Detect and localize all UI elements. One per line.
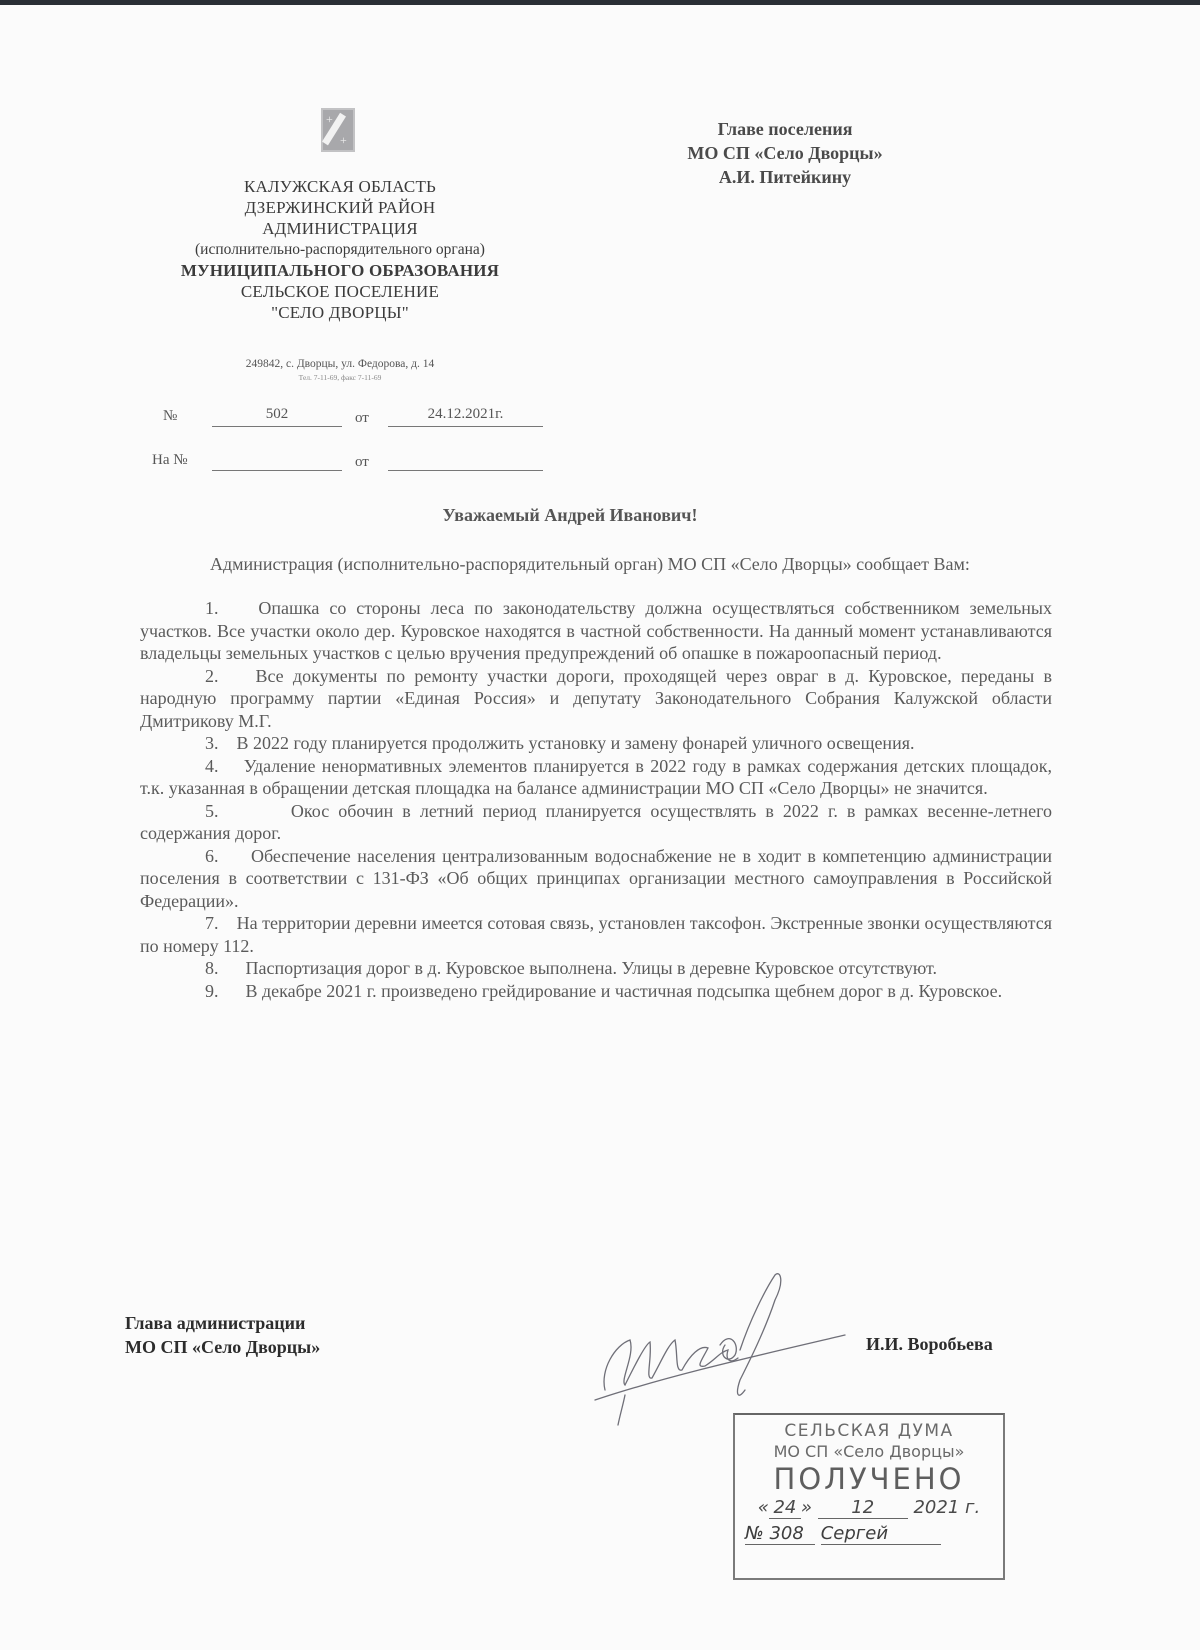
item-number: 9. — [205, 981, 219, 1001]
letterhead-organ: (исполнительно-распорядительного органа) — [130, 239, 550, 260]
item-text: Окос обочин в летний период планируется … — [140, 801, 1052, 844]
item-number: 8. — [205, 958, 219, 978]
item-text: Паспортизация дорог в д. Куровское выпол… — [246, 958, 938, 978]
list-item: 6. Обеспечение населения централизованны… — [140, 845, 1052, 913]
addressee-name: А.И. Питейкину — [640, 165, 930, 189]
list-item: 2. Все документы по ремонту участки доро… — [140, 665, 1052, 733]
signer-position-line1: Глава администрации — [125, 1311, 320, 1335]
list-item: 7. На территории деревни имеется сотовая… — [140, 912, 1052, 957]
item-number: 4. — [205, 756, 219, 776]
letterhead-village: "СЕЛО ДВОРЦЫ" — [130, 302, 550, 323]
stamp-month: 12 — [818, 1497, 908, 1519]
addressee-organization: МО СП «Село Дворцы» — [640, 141, 930, 165]
cross-icon: + — [340, 134, 347, 146]
stamp-registration: № 308 Сергей — [735, 1523, 1003, 1545]
item-text: Все документы по ремонту участки дороги,… — [140, 666, 1052, 731]
stamp-line2: МО СП «Село Дворцы» — [735, 1442, 1003, 1461]
item-text: Удаление ненормативных элементов планиру… — [140, 756, 1052, 799]
stamp-day: 24 — [769, 1497, 801, 1519]
reply-date-label: от — [355, 454, 369, 471]
salutation: Уважаемый Андрей Иванович! — [130, 505, 1010, 526]
stamp-line1: СЕЛЬСКАЯ ДУМА — [735, 1421, 1003, 1441]
addressee-position: Главе поселения — [640, 117, 930, 141]
handwritten-signature-icon — [590, 1260, 890, 1435]
item-text: В декабре 2021 г. произведено грейдирова… — [246, 981, 1003, 1001]
stamp-year-unit: г. — [965, 1497, 980, 1518]
stamp-date: «24» 12 2021 г. — [735, 1497, 1003, 1519]
cross-icon: + — [326, 113, 333, 125]
list-item: 3. В 2022 году планируется продолжить ус… — [140, 732, 1052, 755]
item-text: Обеспечение населения централизованным в… — [140, 846, 1052, 911]
signer-position: Глава администрации МО СП «Село Дворцы» — [125, 1311, 320, 1359]
stamp-year-prefix: 202 — [913, 1497, 947, 1518]
letterhead-settlement: СЕЛЬСКОЕ ПОСЕЛЕНИЕ — [130, 281, 550, 302]
reg-number-label: № — [163, 408, 177, 425]
letterhead-municipality: МУНИЦИПАЛЬНОГО ОБРАЗОВАНИЯ — [130, 260, 550, 281]
list-item: 1. Опашка со стороны леса по законодател… — [140, 597, 1052, 665]
reply-number-value — [212, 450, 342, 471]
item-number: 2. — [205, 666, 219, 686]
stamp-year-suffix: 1 — [948, 1497, 959, 1518]
item-number: 5. — [205, 801, 219, 821]
item-text: На территории деревни имеется сотовая св… — [140, 913, 1052, 956]
item-number: 6. — [205, 846, 219, 866]
items-list: 1. Опашка со стороны леса по законодател… — [205, 597, 1052, 1002]
coat-of-arms-icon: + + — [321, 108, 355, 152]
intro-paragraph: Администрация (исполнительно-распорядите… — [140, 553, 1052, 576]
reply-date-value — [388, 450, 543, 471]
item-text: В 2022 году планируется продолжить устан… — [237, 733, 915, 753]
addressee-block: Главе поселения МО СП «Село Дворцы» А.И.… — [640, 117, 930, 189]
signer-position-line2: МО СП «Село Дворцы» — [125, 1335, 320, 1359]
reg-date-value: 24.12.2021г. — [388, 406, 543, 427]
reply-number-label: На № — [152, 452, 188, 469]
letterhead-administration: АДМИНИСТРАЦИЯ — [130, 218, 550, 239]
item-number: 1. — [205, 598, 219, 618]
stamp-reg-number: № 308 — [745, 1523, 815, 1545]
letterhead: КАЛУЖСКАЯ ОБЛАСТЬ ДЗЕРЖИНСКИЙ РАЙОН АДМИ… — [130, 176, 550, 323]
reg-date-label: от — [355, 410, 369, 427]
item-number: 7. — [205, 913, 219, 933]
letterhead-phone: Тел. 7-11-69, факс 7-11-69 — [130, 373, 550, 382]
list-item: 5. Окос обочин в летний период планирует… — [140, 800, 1052, 845]
letterhead-region: КАЛУЖСКАЯ ОБЛАСТЬ — [130, 176, 550, 197]
stamp-handwritten: Сергей — [821, 1523, 941, 1545]
list-item: 4. Удаление ненормативных элементов план… — [140, 755, 1052, 800]
letterhead-district: ДЗЕРЖИНСКИЙ РАЙОН — [130, 197, 550, 218]
list-item: 9. В декабре 2021 г. произведено грейдир… — [140, 980, 1052, 1003]
letterhead-address: 249842, с. Дворцы, ул. Федорова, д. 14 — [130, 358, 550, 370]
received-stamp: СЕЛЬСКАЯ ДУМА МО СП «Село Дворцы» ПОЛУЧЕ… — [733, 1413, 1005, 1580]
scan-top-edge — [0, 0, 1200, 5]
reg-number-value: 502 — [212, 406, 342, 427]
item-number: 3. — [205, 733, 219, 753]
list-item: 8. Паспортизация дорог в д. Куровское вы… — [140, 957, 1052, 980]
item-text: Опашка со стороны леса по законодательст… — [140, 598, 1052, 663]
stamp-received: ПОЛУЧЕНО — [735, 1463, 1003, 1495]
